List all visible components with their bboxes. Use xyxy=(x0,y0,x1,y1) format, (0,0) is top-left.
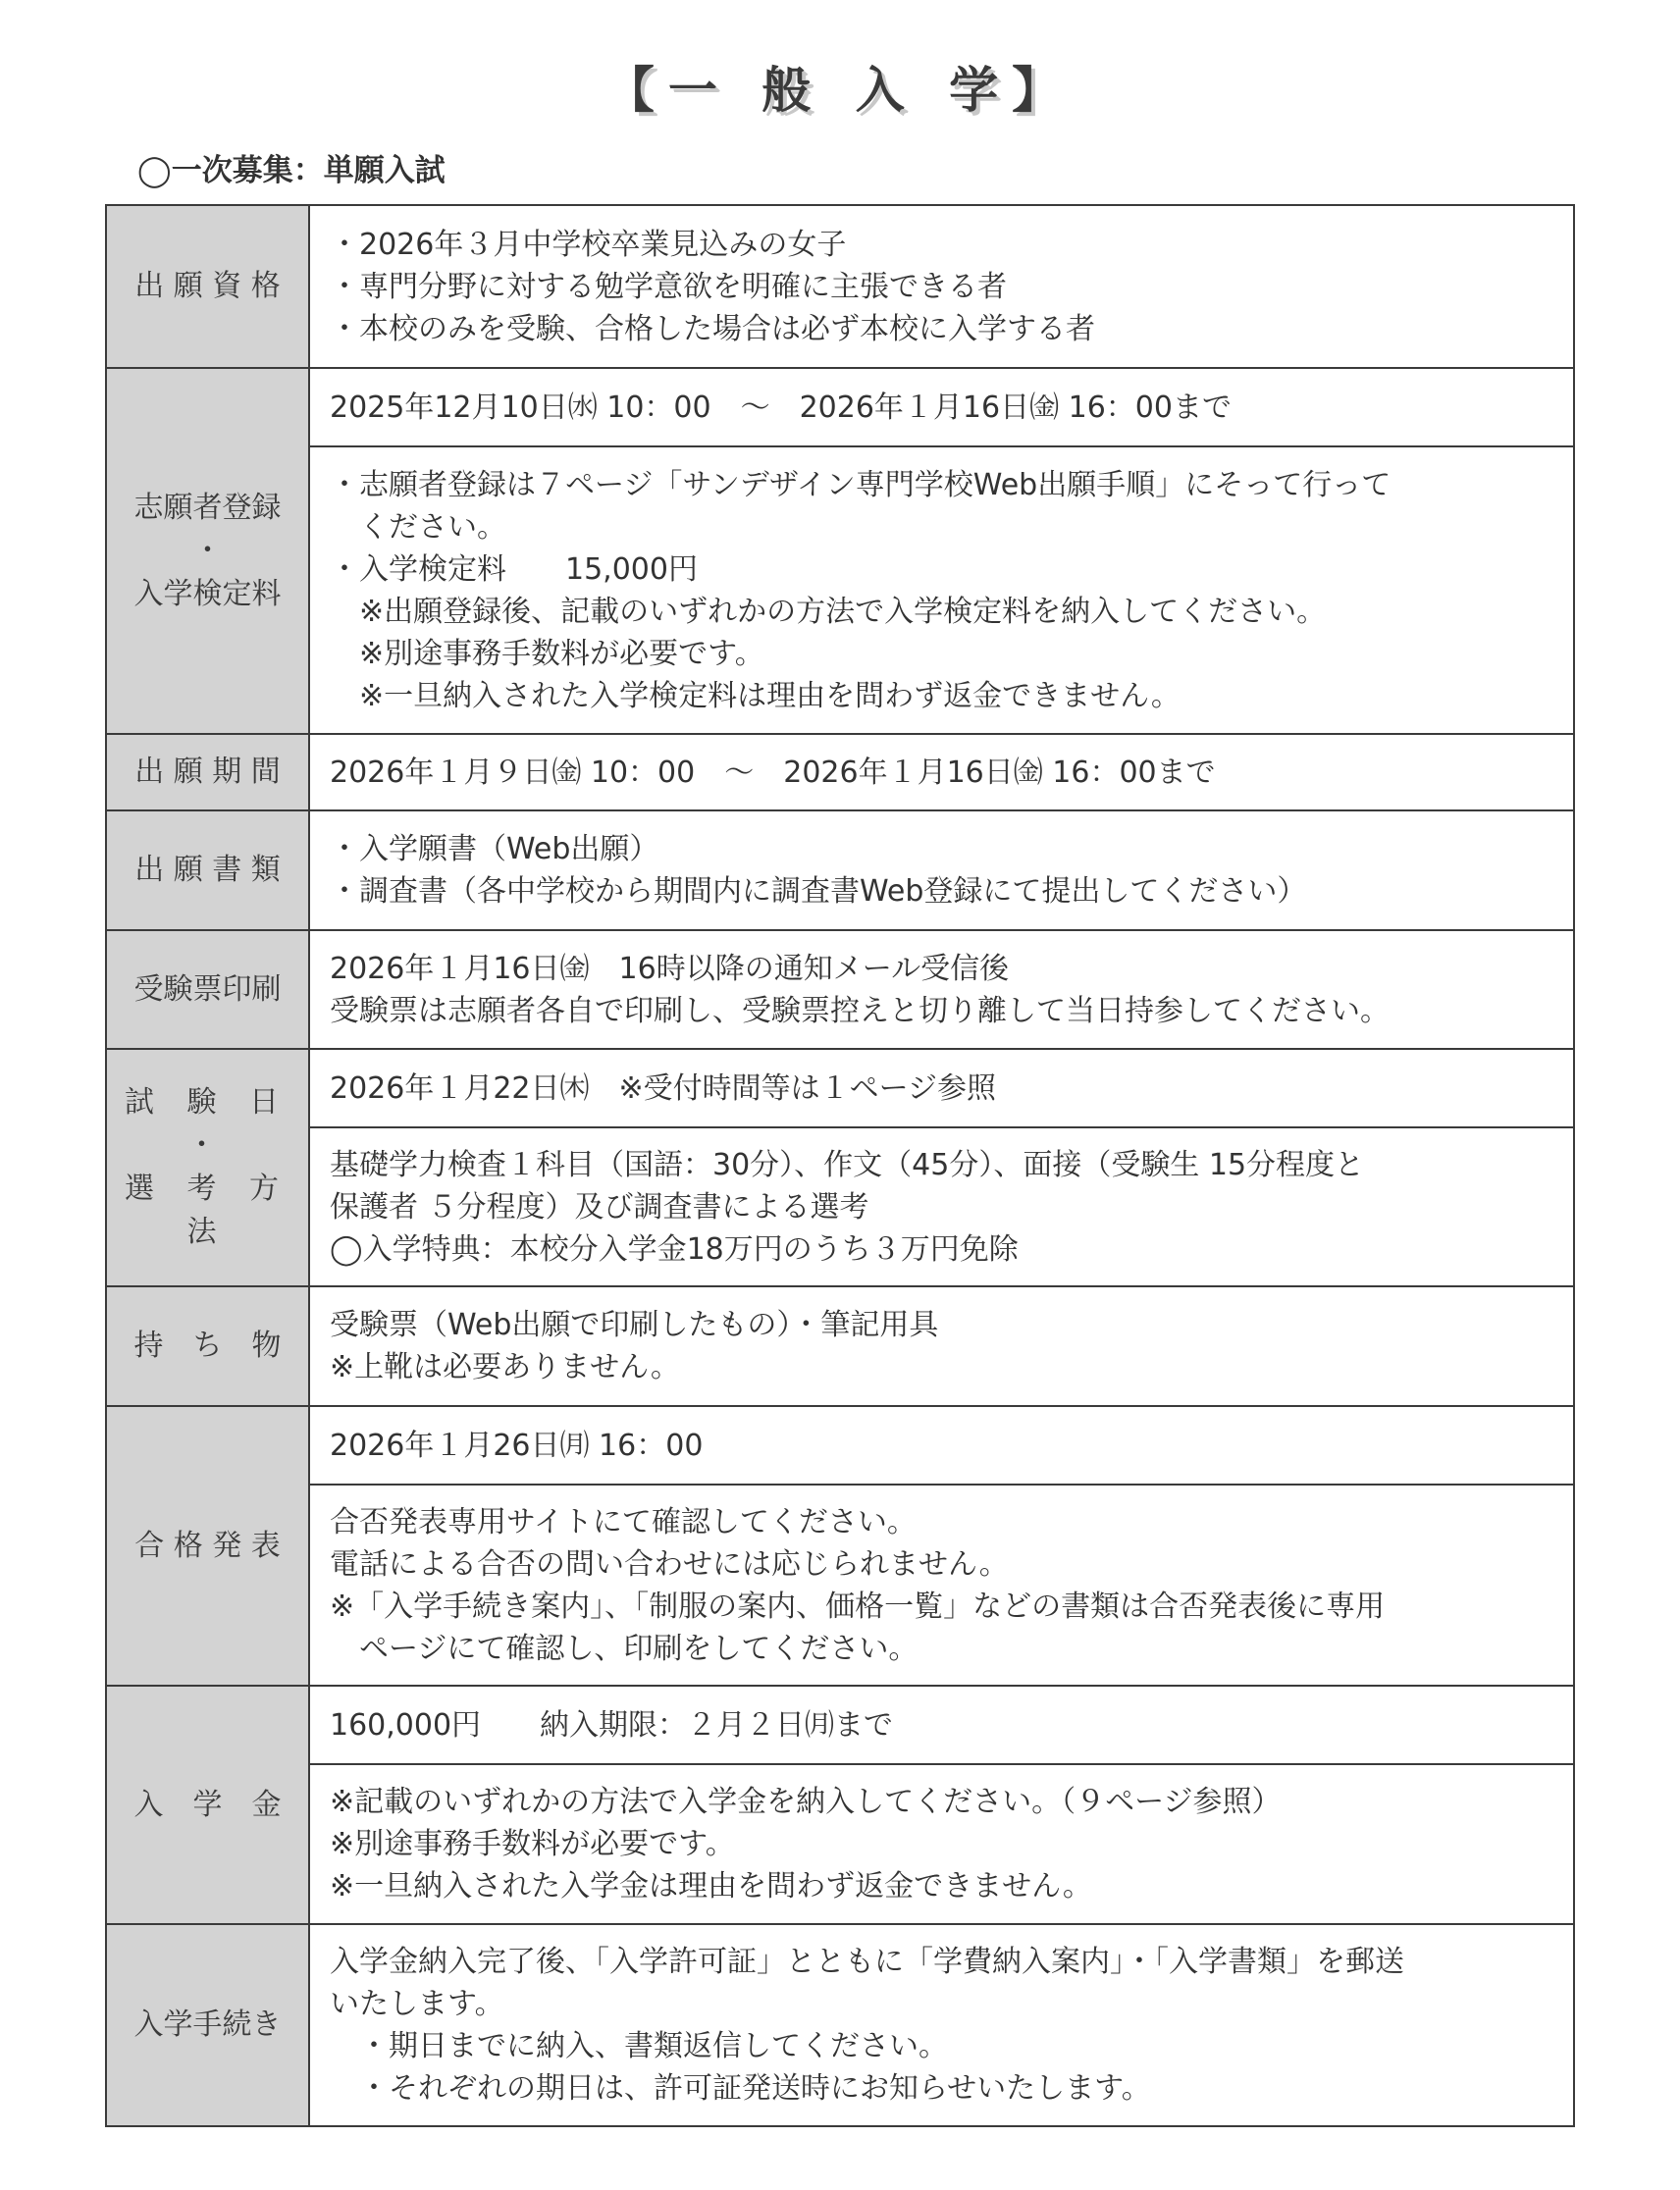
content-line: ください。 xyxy=(330,506,1553,548)
content-line: ・2026年３月中学校卒業見込みの女子 xyxy=(330,224,1553,266)
admission-fee-amount: 160,000円 納入期限：２月２日㈪まで xyxy=(310,1687,1573,1763)
row-label: 志願者登録 ・ 入学検定料 xyxy=(107,369,310,733)
announcement-details: 合否発表専用サイトにて確認してください。 電話による合否の問い合わせには応じられ… xyxy=(310,1484,1573,1685)
content-line: 基礎学力検査１科目（国語：30分）、作文（45分）、面接（受験生 15分程度と xyxy=(330,1144,1553,1186)
row-eligibility: 出 願 資 格 ・2026年３月中学校卒業見込みの女子 ・専門分野に対する勉学意… xyxy=(107,206,1573,367)
content-line: ・本校のみを受験、合格した場合は必ず本校に入学する者 xyxy=(330,308,1553,350)
content-line: ※別途事務手数料が必要です。 xyxy=(330,1823,1553,1865)
exam-date: 2026年１月22日㈭ ※受付時間等は１ページ参照 xyxy=(310,1050,1573,1126)
row-content: ・2026年３月中学校卒業見込みの女子 ・専門分野に対する勉学意欲を明確に主張で… xyxy=(310,206,1573,367)
row-label: 入学手続き xyxy=(107,1925,310,2125)
content-line: ページにて確認し、印刷をしてください。 xyxy=(330,1628,1553,1670)
content-line: ◯入学特典：本校分入学金18万円のうち３万円免除 xyxy=(330,1228,1553,1271)
row-label: 出 願 書 類 xyxy=(107,811,310,929)
row-results-announcement: 合 格 発 表 2026年１月26日㈪ 16：00 合否発表専用サイトにて確認し… xyxy=(107,1405,1573,1685)
row-label: 入 学 金 xyxy=(107,1687,310,1923)
row-label: 試 験 日 ・ 選 考 方 法 xyxy=(107,1050,310,1285)
row-application-period: 出 願 期 間 2026年１月９日㈮ 10：00 ～ 2026年１月16日㈮ 1… xyxy=(107,733,1573,809)
content-line: ※上靴は必要ありません。 xyxy=(330,1346,1553,1388)
row-exam-ticket-printing: 受験票印刷 2026年１月16日㈮ 16時以降の通知メール受信後 受験票は志願者… xyxy=(107,929,1573,1048)
row-label: 合 格 発 表 xyxy=(107,1407,310,1685)
row-label: 出 願 期 間 xyxy=(107,735,310,809)
announcement-date: 2026年１月26日㈪ 16：00 xyxy=(310,1407,1573,1484)
content-line: ・志願者登録は７ページ「サンデザイン専門学校Web出願手順」にそって行って xyxy=(330,464,1553,506)
row-content: 受験票（Web出願で印刷したもの）・筆記用具 ※上靴は必要ありません。 xyxy=(310,1287,1573,1405)
content-line: ・調査書（各中学校から期間内に調査書Web登録にて提出してください） xyxy=(330,870,1553,912)
section-heading: ◯一次募集：単願入試 xyxy=(137,149,446,192)
row-content: 入学金納入完了後、「入学許可証」とともに「学費納入案内」・「入学書類」を郵送 い… xyxy=(310,1925,1573,2125)
row-admission-fee: 入 学 金 160,000円 納入期限：２月２日㈪まで ※記載のいずれかの方法で… xyxy=(107,1685,1573,1923)
row-application-documents: 出 願 書 類 ・入学願書（Web出願） ・調査書（各中学校から期間内に調査書W… xyxy=(107,809,1573,929)
content-line: ※出願登録後、記載のいずれかの方法で入学検定料を納入してください。 xyxy=(330,591,1553,633)
content-line: 2026年１月９日㈮ 10：00 ～ 2026年１月16日㈮ 16：00まで xyxy=(330,752,1553,794)
content-line: 電話による合否の問い合わせには応じられません。 xyxy=(330,1543,1553,1586)
content-line: 合否発表専用サイトにて確認してください。 xyxy=(330,1501,1553,1543)
content-line: 2026年１月16日㈮ 16時以降の通知メール受信後 xyxy=(330,948,1553,990)
content-line: ※別途事務手数料が必要です。 xyxy=(330,633,1553,675)
content-line: ・入学願書（Web出願） xyxy=(330,828,1553,870)
content-line: 2026年１月22日㈭ ※受付時間等は１ページ参照 xyxy=(330,1068,1553,1110)
row-enrollment-procedure: 入学手続き 入学金納入完了後、「入学許可証」とともに「学費納入案内」・「入学書類… xyxy=(107,1923,1573,2125)
content-line: 160,000円 納入期限：２月２日㈪まで xyxy=(330,1704,1553,1747)
content-line: 保護者 ５分程度）及び調査書による選考 xyxy=(330,1186,1553,1228)
row-label: 持 ち 物 xyxy=(107,1287,310,1405)
page-title: 【一 般 入 学】 xyxy=(0,51,1680,130)
row-items-to-bring: 持 ち 物 受験票（Web出願で印刷したもの）・筆記用具 ※上靴は必要ありません… xyxy=(107,1285,1573,1405)
row-content: ・入学願書（Web出願） ・調査書（各中学校から期間内に調査書Web登録にて提出… xyxy=(310,811,1573,929)
row-label: 出 願 資 格 xyxy=(107,206,310,367)
registration-details: ・志願者登録は７ページ「サンデザイン専門学校Web出願手順」にそって行って くだ… xyxy=(310,445,1573,733)
registration-period: 2025年12月10日㈬ 10：00 ～ 2026年１月16日㈮ 16：00まで xyxy=(310,369,1573,445)
content-line: 入学金納入完了後、「入学許可証」とともに「学費納入案内」・「入学書類」を郵送 xyxy=(330,1941,1553,1983)
content-line: ・それぞれの期日は、許可証発送時にお知らせいたします。 xyxy=(330,2067,1553,2110)
content-line: 2026年１月26日㈪ 16：00 xyxy=(330,1425,1553,1467)
content-line: 2025年12月10日㈬ 10：00 ～ 2026年１月16日㈮ 16：00まで xyxy=(330,387,1553,429)
admission-info-table: 出 願 資 格 ・2026年３月中学校卒業見込みの女子 ・専門分野に対する勉学意… xyxy=(105,204,1575,2127)
content-line: ・専門分野に対する勉学意欲を明確に主張できる者 xyxy=(330,266,1553,308)
content-line: ※「入学手続き案内」、「制服の案内、価格一覧」などの書類は合否発表後に専用 xyxy=(330,1586,1553,1628)
content-line: ※一旦納入された入学金は理由を問わず返金できません。 xyxy=(330,1865,1553,1907)
row-content: 2026年１月９日㈮ 10：00 ～ 2026年１月16日㈮ 16：00まで xyxy=(310,735,1573,809)
row-registration-fee: 志願者登録 ・ 入学検定料 2025年12月10日㈬ 10：00 ～ 2026年… xyxy=(107,367,1573,733)
row-label: 受験票印刷 xyxy=(107,931,310,1048)
content-line: ※記載のいずれかの方法で入学金を納入してください。（９ページ参照） xyxy=(330,1781,1553,1823)
content-line: ※一旦納入された入学検定料は理由を問わず返金できません。 xyxy=(330,675,1553,717)
content-line: 受験票（Web出願で印刷したもの）・筆記用具 xyxy=(330,1304,1553,1346)
admission-fee-notes: ※記載のいずれかの方法で入学金を納入してください。（９ページ参照） ※別途事務手… xyxy=(310,1763,1573,1923)
content-line: ・期日までに納入、書類返信してください。 xyxy=(330,2025,1553,2067)
selection-method: 基礎学力検査１科目（国語：30分）、作文（45分）、面接（受験生 15分程度と … xyxy=(310,1126,1573,1285)
content-line: いたします。 xyxy=(330,1983,1553,2025)
row-exam-date-method: 試 験 日 ・ 選 考 方 法 2026年１月22日㈭ ※受付時間等は１ページ参… xyxy=(107,1048,1573,1285)
content-line: 受験票は志願者各自で印刷し、受験票控えと切り離して当日持参してください。 xyxy=(330,990,1553,1032)
content-line: ・入学検定料 15,000円 xyxy=(330,548,1553,591)
row-content: 2026年１月16日㈮ 16時以降の通知メール受信後 受験票は志願者各自で印刷し… xyxy=(310,931,1573,1048)
